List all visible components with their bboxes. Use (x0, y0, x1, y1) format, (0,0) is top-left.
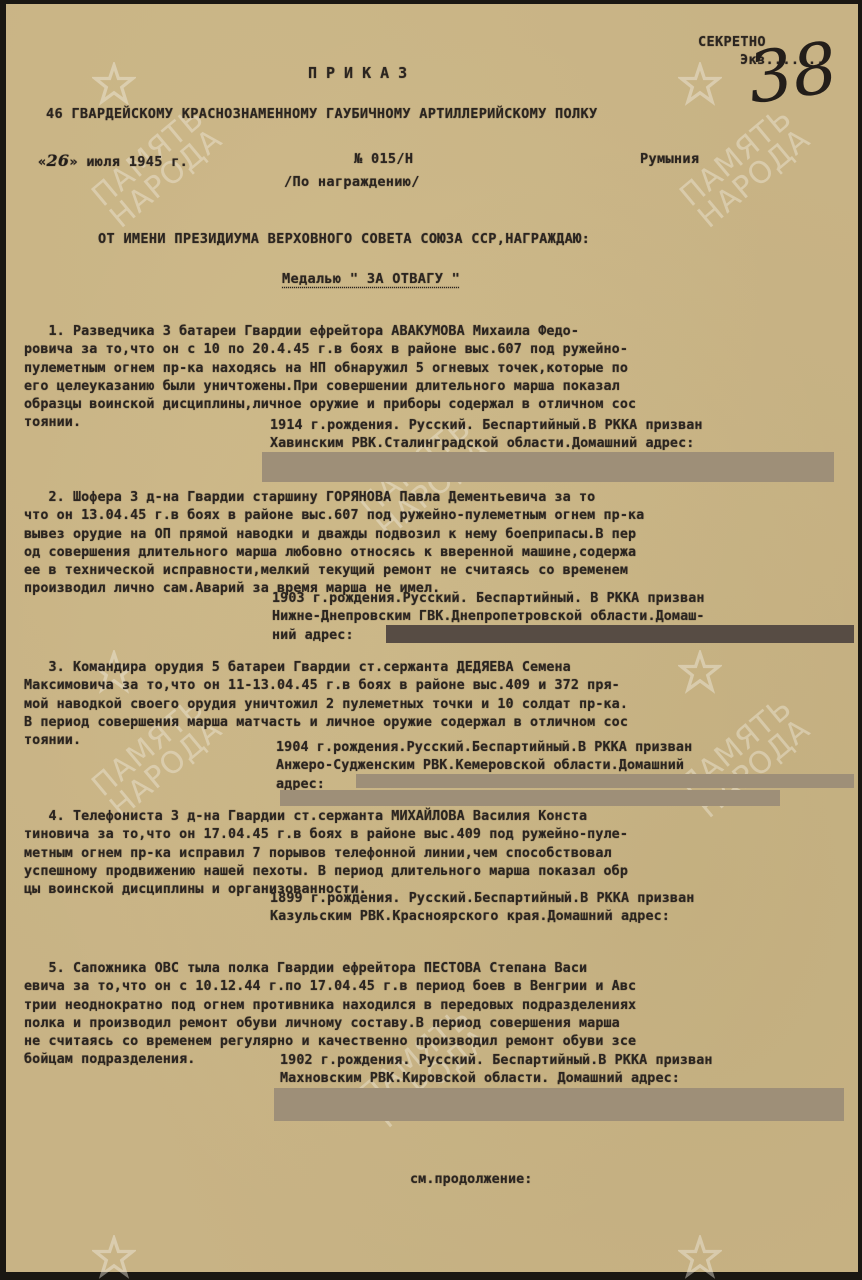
entry-1-bio: 1914 г.рождения. Русский. Беспартийный.В… (270, 417, 703, 454)
entry-line: Максимовича за то,что он 11-13.04.45 г.в… (24, 677, 628, 695)
bio-line: Казульским РВК.Красноярского края.Домашн… (270, 908, 694, 926)
preamble: ОТ ИМЕНИ ПРЕЗИДИУМА ВЕРХОВНОГО СОВЕТА СО… (98, 231, 590, 247)
bio-line: Махновским РВК.Кировской области. Домашн… (280, 1070, 713, 1088)
redaction-block (262, 452, 834, 482)
entry-line: полка и производил ремонт обуви личному … (24, 1015, 636, 1033)
entry-line: не считаясь со временем регулярно и каче… (24, 1033, 636, 1051)
award-name: Медалью " ЗА ОТВАГУ " (282, 271, 460, 287)
entry-line: трии неоднократно под огнем противника н… (24, 997, 636, 1015)
order-subject: /По награждению/ (284, 174, 420, 190)
bio-line: 1914 г.рождения. Русский. Беспартийный.В… (270, 417, 703, 435)
date-day-handwritten: 26 (46, 151, 69, 170)
redaction-block (274, 1088, 844, 1121)
star-icon (678, 62, 722, 106)
redaction-block (386, 625, 854, 643)
redaction-block (280, 790, 780, 806)
bio-line: 1903 г.рождения.Русский. Беспартийный. В… (272, 590, 705, 608)
entry-line: тиновича за то,что он 17.04.45 г.в боях … (24, 826, 628, 844)
entry-line: что он 13.04.45 г.в боях в районе выс.60… (24, 507, 644, 525)
bio-line: Хавинским РВК.Сталинградской области.Дом… (270, 435, 703, 453)
order-number: № 015/Н (354, 151, 413, 167)
bio-line: 1902 г.рождения. Русский. Беспартийный.В… (280, 1052, 713, 1070)
entry-line: его целеуказанию были уничтожены.При сов… (24, 378, 636, 396)
entry-line: евича за то,что он с 10.12.44 г.по 17.04… (24, 978, 636, 996)
document-title: ПРИКАЗ (308, 64, 416, 82)
star-icon (678, 650, 722, 694)
entry-line: успешному продвижению нашей пехоты. В пе… (24, 863, 628, 881)
entry-line: ее в технической исправности,мелкий теку… (24, 562, 644, 580)
entry-line: 1. Разведчика 3 батареи Гвардии ефрейтор… (24, 323, 636, 341)
entry-line: 5. Сапожника ОВС тыла полка Гвардии ефре… (24, 960, 636, 978)
entry-line: пулеметным огнем пр-ка находясь на НП об… (24, 360, 636, 378)
star-icon (678, 1235, 722, 1279)
entry-line: образцы воинской дисциплины,личное оружи… (24, 396, 636, 414)
entry-line: од совершения длительного марша любовно … (24, 544, 644, 562)
bio-line: Анжеро-Судженским РВК.Кемеровской област… (276, 757, 692, 775)
star-icon (92, 1235, 136, 1279)
entry-line: В период совершения марша матчасть и лич… (24, 714, 628, 732)
entry-4-bio: 1899 г.рождения. Русский.Беспартийный.В … (270, 890, 694, 927)
star-icon (92, 62, 136, 106)
unit-name: 46 ГВАРДЕЙСКОМУ КРАСНОЗНАМЕННОМУ ГАУБИЧН… (46, 106, 597, 122)
award-entry-4: 4. Телефониста 3 д-на Гвардии ст.сержант… (24, 808, 628, 899)
award-entry-2: 2. Шофера 3 д-на Гвардии старшину ГОРЯНО… (24, 489, 644, 599)
entry-line: 2. Шофера 3 д-на Гвардии старшину ГОРЯНО… (24, 489, 644, 507)
entry-line: метным огнем пр-ка исправил 7 порывов те… (24, 845, 628, 863)
date-quote-close: » (69, 154, 77, 170)
entry-line: 4. Телефониста 3 д-на Гвардии ст.сержант… (24, 808, 628, 826)
order-location: Румыния (640, 151, 699, 167)
entry-line: мой наводкой своего орудия уничтожил 2 п… (24, 696, 628, 714)
continuation-note: см.продолжение: (410, 1172, 532, 1187)
bio-line: Нижне-Днепровским ГВК.Днепропетровской о… (272, 608, 705, 626)
bio-line: 1904 г.рождения.Русский.Беспартийный.В Р… (276, 739, 692, 757)
order-date: «26» июля 1945 г. (38, 151, 188, 170)
bio-line: 1899 г.рождения. Русский.Беспартийный.В … (270, 890, 694, 908)
entry-line: 3. Командира орудия 5 батареи Гвардии ст… (24, 659, 628, 677)
entry-5-bio: 1902 г.рождения. Русский. Беспартийный.В… (280, 1052, 713, 1089)
date-month-year: июля 1945 г. (86, 154, 188, 170)
entry-line: ровича за то,что он с 10 по 20.4.45 г.в … (24, 341, 636, 359)
award-entry-3: 3. Командира орудия 5 батареи Гвардии ст… (24, 659, 628, 750)
handwritten-sheet-number: 38 (744, 32, 842, 114)
redaction-block (356, 774, 854, 788)
entry-line: вывез орудие на ОП прямой наводки и дваж… (24, 526, 644, 544)
